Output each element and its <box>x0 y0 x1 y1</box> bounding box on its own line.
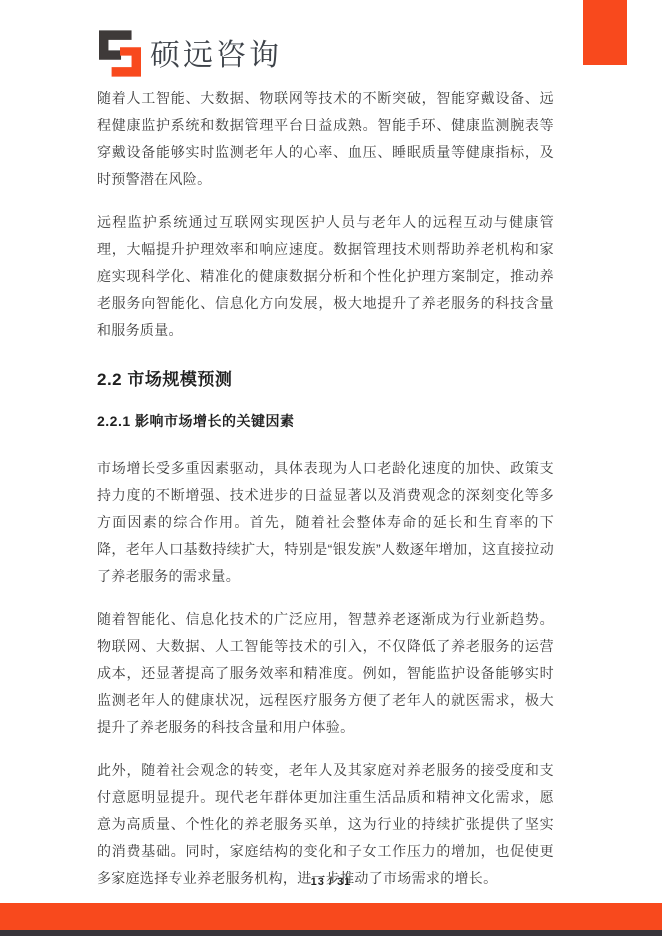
shuoyuan-logo-icon <box>99 30 141 77</box>
section-title: 2.2 市场规模预测 <box>97 365 554 390</box>
page-number: 13 / 31 <box>0 876 662 888</box>
paragraph: 随着智能化、信息化技术的广泛应用，智慧养老逐渐成为行业新趋势。物联网、大数据、人… <box>97 606 554 741</box>
footer-dark-strip <box>0 930 662 936</box>
paragraph: 远程监护系统通过互联网实现医护人员与老年人的远程互动与健康管理，大幅提升护理效率… <box>97 209 554 344</box>
document-page: 硕远咨询 随着人工智能、大数据、物联网等技术的不断突破，智能穿戴设备、远程健康监… <box>0 0 662 936</box>
paragraph: 随着人工智能、大数据、物联网等技术的不断突破，智能穿戴设备、远程健康监护系统和数… <box>97 85 554 193</box>
logo-text: 硕远咨询 <box>150 37 282 71</box>
subsection-title: 2.2.1 影响市场增长的关键因素 <box>97 411 554 431</box>
paragraph: 此外，随着社会观念的转变，老年人及其家庭对养老服务的接受度和支付意愿明显提升。现… <box>97 757 554 892</box>
page-corner-accent <box>583 0 627 65</box>
logo: 硕远咨询 <box>99 30 282 77</box>
footer-accent-bar <box>0 903 662 930</box>
document-content: 随着人工智能、大数据、物联网等技术的不断突破，智能穿戴设备、远程健康监护系统和数… <box>97 85 554 908</box>
paragraph: 市场增长受多重因素驱动，具体表现为人口老龄化速度的加快、政策支持力度的不断增强、… <box>97 455 554 590</box>
